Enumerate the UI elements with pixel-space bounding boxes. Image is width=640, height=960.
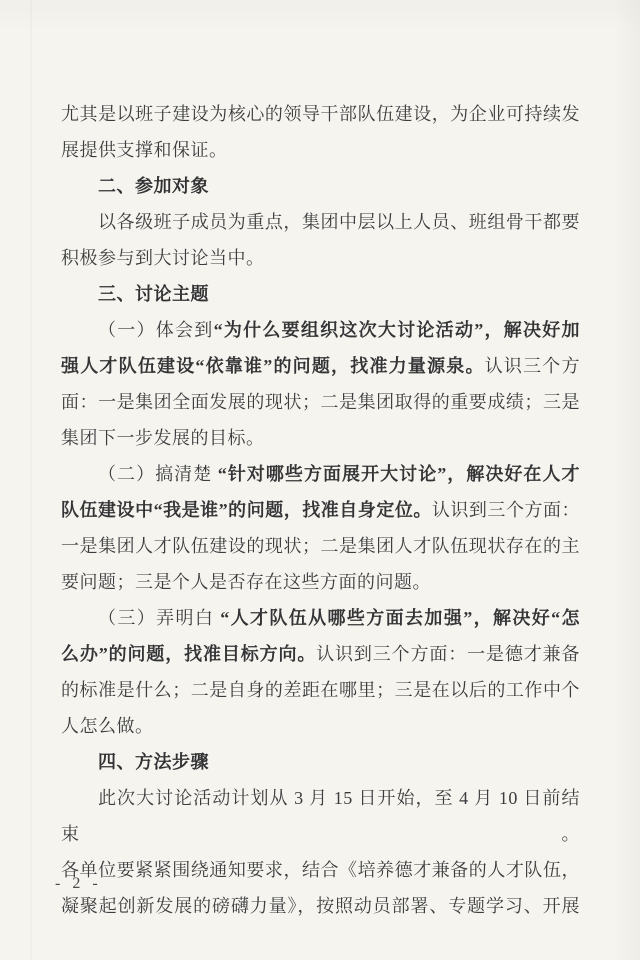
text-segment: 认识到三个方面：一是德才兼备 (316, 644, 580, 664)
text-segment: 凝聚起创新发展的磅礴力量》，按照动员部署、专题学习、开展 (61, 896, 580, 916)
section-heading: 四、方法步骤 (61, 744, 580, 780)
section-heading: 二、参加对象 (61, 168, 580, 204)
text-segment: 么办”的问题，找准目标方向。 (61, 644, 316, 664)
text-segment: 队伍建设中“我是谁”的问题，找准自身定位。 (61, 500, 432, 520)
text-segment: 面：一是集团全面发展的现状；二是集团取得的重要成绩；三是 (61, 392, 580, 412)
document-line: 尤其是以班子建设为核心的领导干部队伍建设，为企业可持续发 (61, 96, 580, 132)
text-segment: （二）搞清楚 (98, 464, 218, 484)
text-segment: 集团下一步发展的目标。 (61, 428, 265, 448)
document-line: （三）弄明白 “人才队伍从哪些方面去加强”，解决好“怎 (61, 600, 580, 636)
document-line: 一是集团人才队伍建设的现状；二是集团人才队伍现状存在的主 (61, 528, 580, 564)
text-segment: 强人才队伍建设“依靠谁”的问题，找准力量源泉。 (61, 356, 485, 376)
document-line: 人怎么做。 (61, 708, 580, 744)
document-line: 各单位要紧紧围绕通知要求，结合《培养德才兼备的人才队伍， (61, 852, 580, 888)
text-segment: 二、参加对象 (98, 176, 209, 196)
document-line: 强人才队伍建设“依靠谁”的问题，找准力量源泉。认识三个方 (61, 348, 580, 384)
text-segment: “为什么要组织这次大讨论活动”，解决好加 (214, 320, 580, 340)
text-segment: 认识三个方 (485, 356, 580, 376)
text-segment: 展提供支撑和保证。 (61, 140, 228, 160)
document-line: （一）体会到“为什么要组织这次大讨论活动”，解决好加 (61, 312, 580, 348)
document-line: 积极参与到大讨论当中。 (61, 240, 580, 276)
document-line: 以各级班子成员为重点，集团中层以上人员、班组骨干都要 (61, 204, 580, 240)
text-segment: “人才队伍从哪些方面去加强”，解决好“怎 (220, 608, 580, 628)
section-heading: 三、讨论主题 (61, 276, 580, 312)
text-segment: 人怎么做。 (61, 716, 154, 736)
text-segment: 的标准是什么；二是自身的差距在哪里；三是在以后的工作中个 (61, 680, 580, 700)
page-number: - 2 - (55, 872, 102, 896)
text-segment: 认识到三个方面： (432, 500, 580, 520)
document-line: （二）搞清楚 “针对哪些方面展开大讨论”，解决好在人才 (61, 456, 580, 492)
document-line: 么办”的问题，找准目标方向。认识到三个方面：一是德才兼备 (61, 636, 580, 672)
document-line: 此次大讨论活动计划从 3 月 15 日开始，至 4 月 10 日前结束。 (61, 780, 580, 852)
scanned-document-page: 尤其是以班子建设为核心的领导干部队伍建设，为企业可持续发展提供支撑和保证。二、参… (0, 0, 640, 960)
document-line: 面：一是集团全面发展的现状；二是集团取得的重要成绩；三是 (61, 384, 580, 420)
text-segment: 各单位要紧紧围绕通知要求，结合《培养德才兼备的人才队伍， (61, 860, 580, 880)
text-segment: 一是集团人才队伍建设的现状；二是集团人才队伍现状存在的主 (61, 536, 580, 556)
document-line: 要问题；三是个人是否存在这些方面的问题。 (61, 564, 580, 600)
text-segment: （三）弄明白 (98, 608, 220, 628)
text-segment: “针对哪些方面展开大讨论”，解决好在人才 (218, 464, 580, 484)
document-line: 队伍建设中“我是谁”的问题，找准自身定位。认识到三个方面： (61, 492, 580, 528)
document-line: 展提供支撑和保证。 (61, 132, 580, 168)
text-segment: （一）体会到 (98, 320, 214, 340)
document-line: 凝聚起创新发展的磅礴力量》，按照动员部署、专题学习、开展 (61, 888, 580, 924)
document-line: 集团下一步发展的目标。 (61, 420, 580, 456)
text-segment: 以各级班子成员为重点，集团中层以上人员、班组骨干都要 (98, 212, 580, 232)
text-segment: 此次大讨论活动计划从 3 月 15 日开始，至 4 月 10 日前结束。 (61, 788, 580, 844)
document-lines: 尤其是以班子建设为核心的领导干部队伍建设，为企业可持续发展提供支撑和保证。二、参… (61, 96, 580, 924)
text-segment: 要问题；三是个人是否存在这些方面的问题。 (61, 572, 431, 592)
text-segment: 尤其是以班子建设为核心的领导干部队伍建设，为企业可持续发 (61, 104, 580, 124)
document-line: 的标准是什么；二是自身的差距在哪里；三是在以后的工作中个 (61, 672, 580, 708)
text-segment: 四、方法步骤 (98, 752, 209, 772)
text-segment: 三、讨论主题 (98, 284, 209, 304)
text-segment: 积极参与到大讨论当中。 (61, 248, 265, 268)
